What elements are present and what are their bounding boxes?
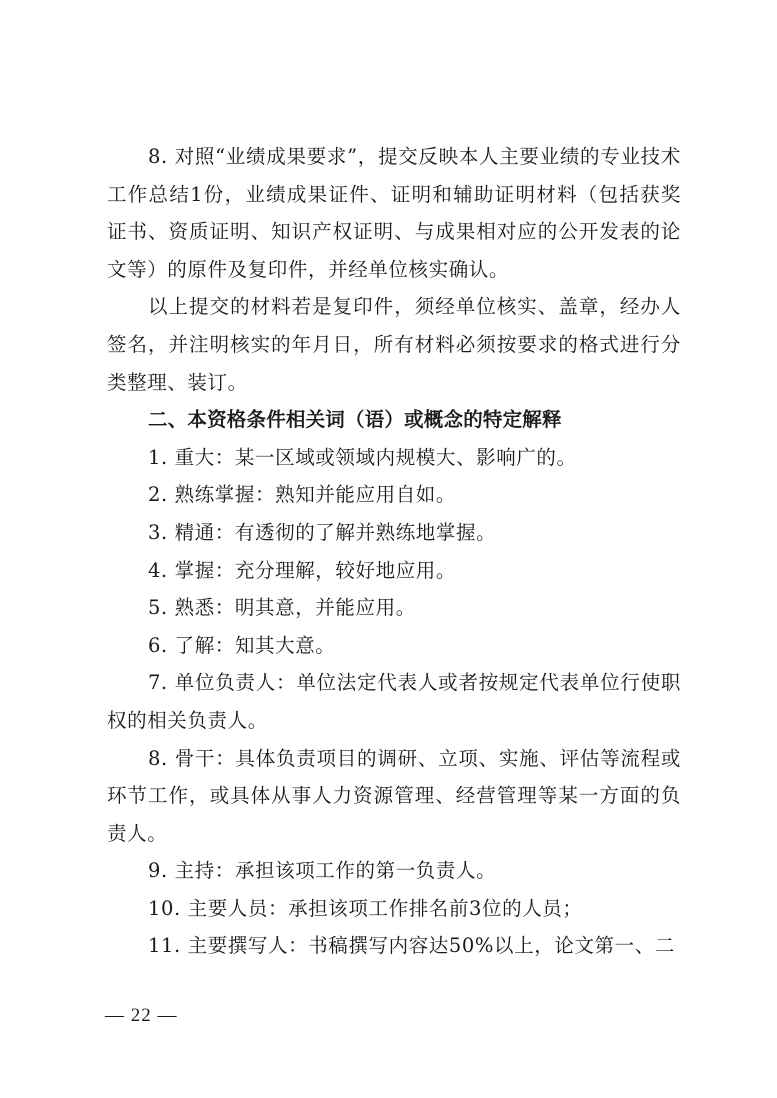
document-body: 8. 对照“业绩成果要求”，提交反映本人主要业绩的专业技术工作总结1份，业绩成果… [107, 138, 681, 965]
definition-item-3: 3. 精通：有透彻的了解并熟练地掌握。 [107, 514, 681, 552]
definition-item-11: 11. 主要撰写人：书稿撰写内容达50%以上，论文第一、二 [107, 927, 681, 965]
definition-item-2: 2. 熟练掌握：熟知并能应用自如。 [107, 476, 681, 514]
definition-item-10: 10. 主要人员：承担该项工作排名前3位的人员； [107, 890, 681, 928]
definition-item-6: 6. 了解：知其大意。 [107, 627, 681, 665]
definition-item-1: 1. 重大：某一区域或领域内规模大、影响广的。 [107, 439, 681, 477]
definition-item-5: 5. 熟悉：明其意，并能应用。 [107, 589, 681, 627]
definition-item-8: 8. 骨干：具体负责项目的调研、立项、实施、评估等流程或环节工作，或具体从事人力… [107, 740, 681, 853]
section-heading-definitions: 二、本资格条件相关词（语）或概念的特定解释 [107, 401, 681, 439]
definition-item-9: 9. 主持：承担该项工作的第一负责人。 [107, 852, 681, 890]
definition-item-7: 7. 单位负责人：单位法定代表人或者按规定代表单位行使职权的相关负责人。 [107, 664, 681, 739]
definition-item-4: 4. 掌握：充分理解，较好地应用。 [107, 552, 681, 590]
paragraph-materials-note: 以上提交的材料若是复印件，须经单位核实、盖章，经办人签名，并注明核实的年月日，所… [107, 288, 681, 401]
paragraph-materials-item-8: 8. 对照“业绩成果要求”，提交反映本人主要业绩的专业技术工作总结1份，业绩成果… [107, 138, 681, 288]
page-number: — 22 — [105, 1005, 178, 1027]
